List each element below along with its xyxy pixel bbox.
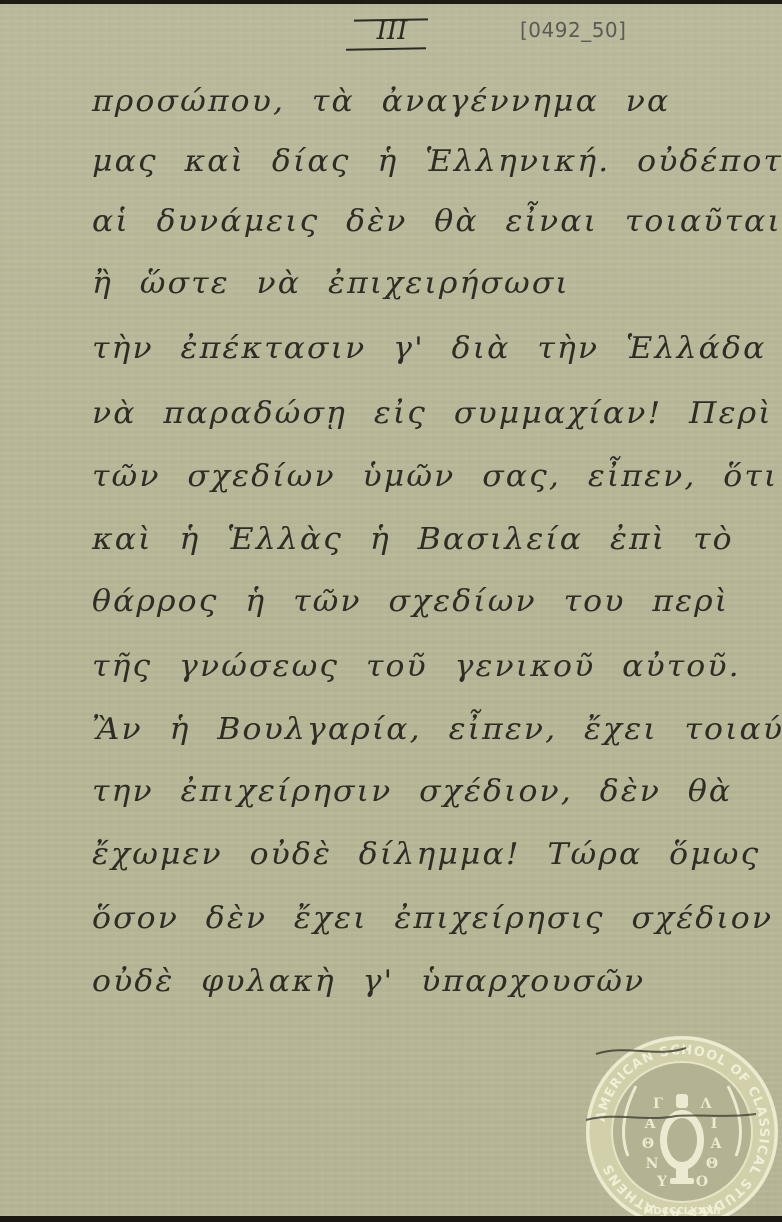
svg-text:Ι: Ι [711, 1116, 718, 1132]
handwritten-line: ὅσον δὲν ἔχει ἐπιχείρησις σχέδιον [92, 901, 773, 936]
svg-text:Λ: Λ [700, 1096, 713, 1112]
svg-text:Α: Α [710, 1136, 723, 1152]
svg-text:Υ: Υ [656, 1174, 668, 1190]
svg-text:Θ: Θ [642, 1136, 654, 1152]
svg-text:Θ: Θ [706, 1156, 718, 1172]
handwritten-line: προσώπου, τὰ ἀναγέννημα να [92, 84, 670, 119]
institution-seal-stamp: AMERICAN SCHOOL OF CLASSICAL STUDIES AT … [586, 1036, 778, 1222]
handwritten-line: τῶν σχεδίων ὑμῶν σας, εἶπεν, ὅτι [92, 459, 778, 494]
handwritten-line: αἱ δυνάμεις δὲν θὰ εἶναι τοιαῦται [92, 204, 782, 239]
manuscript-page: III [0492_50] προσώπου, τὰ ἀναγέννημα να… [0, 4, 782, 1216]
handwritten-line: θάρρος ἡ τῶν σχεδίων του περὶ [92, 584, 729, 619]
handwritten-line: την ἐπιχείρησιν σχέδιον, δὲν θὰ [92, 774, 732, 809]
scan-bottom-edge [0, 1216, 782, 1222]
svg-text:Ο: Ο [696, 1174, 708, 1190]
handwritten-line: Ἂν ἡ Βουλγαρία, εἶπεν, ἔχει τοιαύ- [92, 712, 782, 747]
handwritten-line: μας καὶ δίας ἡ Ἑλληνική. οὐδέποτε [92, 144, 782, 179]
handwritten-line: τῆς γνώσεως τοῦ γενικοῦ αὐτοῦ. [92, 649, 741, 684]
handwritten-line: νὰ παραδώσῃ εἰς συμμαχίαν! Περὶ [92, 396, 773, 431]
handwritten-line: ἔχωμεν οὐδὲ δίλημμα! Τώρα ὅμως [92, 837, 760, 872]
svg-text:Ν: Ν [646, 1156, 659, 1172]
handwritten-line: οὐδὲ φυλακὴ γ' ὑπαρχουσῶν [92, 964, 645, 999]
seal-emblem-icon: AMERICAN SCHOOL OF CLASSICAL STUDIES AT … [586, 1036, 778, 1222]
archive-reference: [0492_50] [520, 18, 626, 42]
svg-text:Γ: Γ [653, 1096, 663, 1112]
handwritten-line: καὶ ἡ Ἑλλὰς ἡ Βασιλεία ἐπὶ τὸ [92, 522, 734, 557]
handwritten-line: ἢ ὥστε νὰ ἐπιχειρήσωσι [92, 266, 570, 301]
handwritten-line: τὴν ἐπέκτασιν γ' διὰ τὴν Ἑλλάδα [92, 331, 766, 366]
page-number: III [352, 16, 432, 52]
